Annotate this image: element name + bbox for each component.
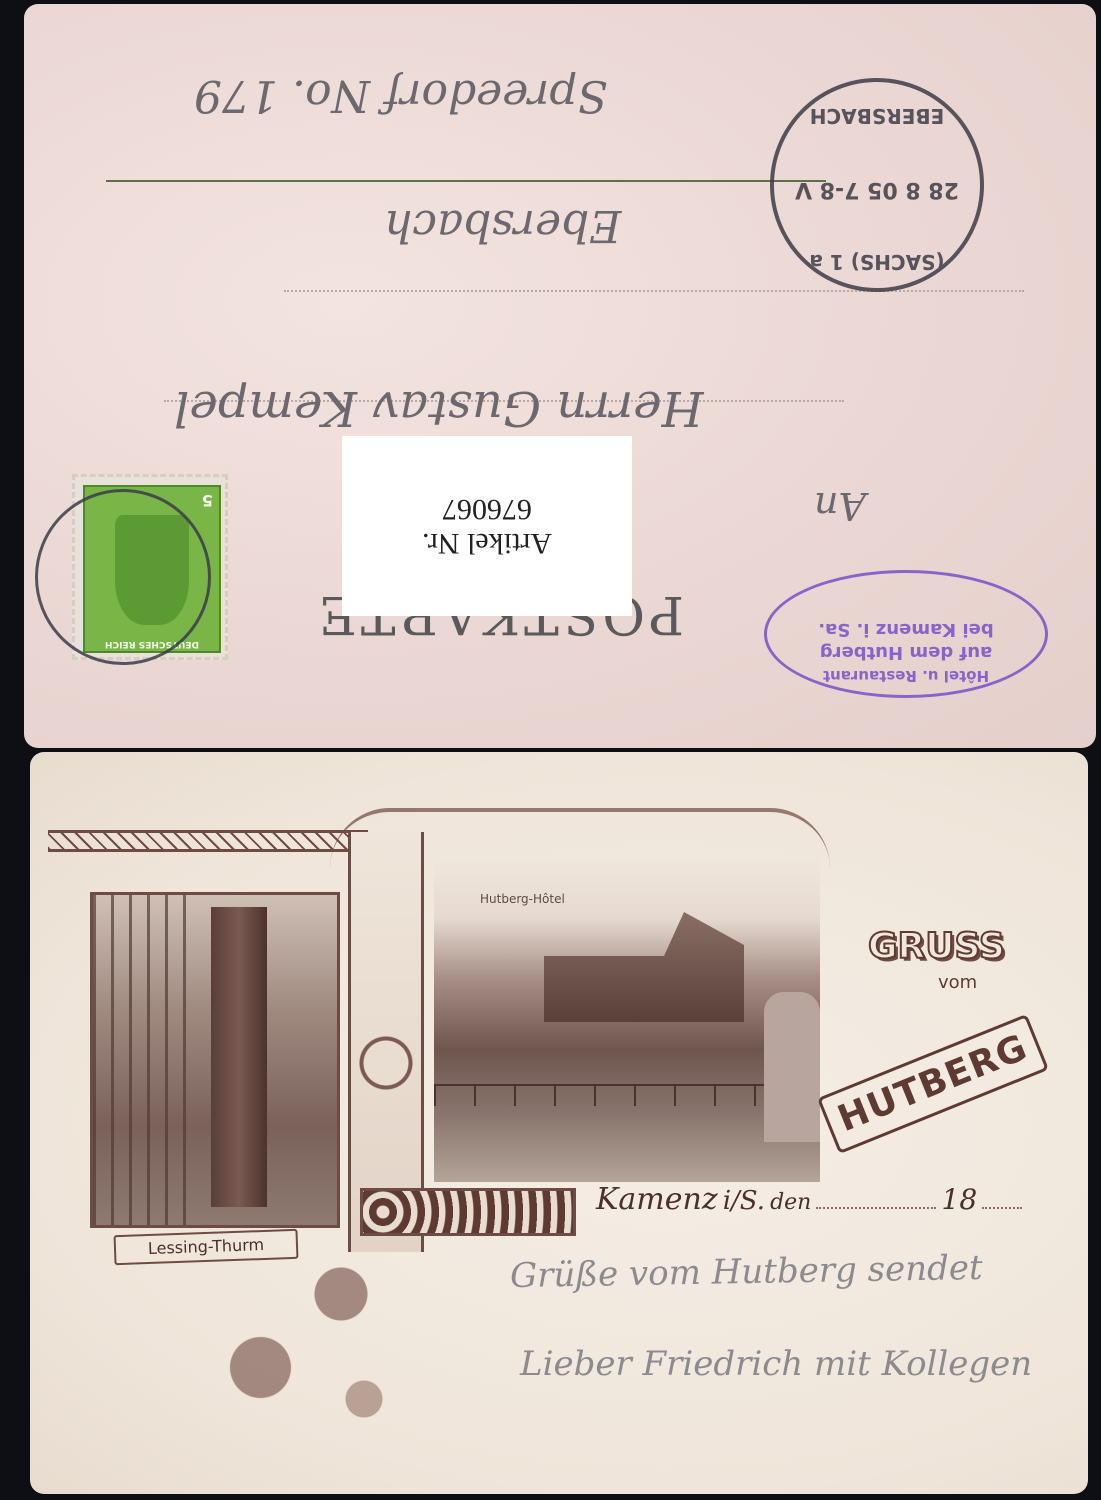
photo-hutberg-hotel: Hutberg-Hôtel [434, 852, 820, 1182]
address-dotted-line [284, 290, 1024, 292]
title-banner: HUTBERG [817, 1014, 1049, 1154]
postmark-ebersbach: (SACHS) 1 a 28 8 05 7-8 V EBERSBACH [770, 78, 984, 292]
hotel-cachet: Hôtel u. Restaurant auf dem Hutberg bei … [764, 570, 1048, 698]
article-number: 676067 [342, 492, 632, 526]
postmark-ring-top: (SACHS) 1 a [774, 250, 980, 274]
handwritten-address-line2: Ebersbach [384, 200, 621, 251]
postmark-kamenz [35, 489, 211, 665]
divider-line [106, 180, 826, 182]
cachet-line1: Hôtel u. Restaurant [767, 667, 1045, 685]
dateline: Kamenz i/S. den 18 [596, 1182, 1066, 1217]
photo-lessing-tower [90, 892, 340, 1228]
chrysanthemum-flowers [180, 1252, 410, 1462]
caption-hutberg-hotel: Hutberg-Hôtel [480, 892, 565, 906]
title-hutberg: HUTBERG [832, 1027, 1033, 1140]
postcard-front: Lessing-Thurm Hutberg-Hôtel GRUSS vom HU… [30, 752, 1088, 1494]
cachet-line2: auf dem Hutberg [767, 642, 1045, 663]
postmark-date: 28 8 05 7-8 V [774, 177, 980, 202]
dateline-suffix: i/S. [723, 1186, 765, 1216]
monument-stone [764, 992, 820, 1142]
title-gruss: GRUSS [868, 926, 1005, 967]
dateline-dots [816, 1207, 936, 1209]
article-label-title: Artikel Nr. [342, 526, 632, 560]
ornamental-border [48, 830, 368, 852]
postmark-ring-bottom: EBERSBACH [774, 104, 980, 128]
postcard-back: Spreedorf No. 179 Ebersbach Herrn Gustav… [24, 4, 1096, 748]
handwritten-address-line3: Spreedorf No. 179 [194, 70, 608, 121]
handwritten-greeting-line1: Grüße vom Hutberg sendet [510, 1248, 983, 1296]
postage-stamp: DEUTSCHES REICH 5 [72, 474, 228, 660]
floral-strip [360, 1188, 576, 1236]
dateline-den: den [770, 1190, 811, 1215]
cachet-line3: bei Kamenz i. Sa. [767, 619, 1045, 640]
dateline-year: 18 [942, 1183, 978, 1216]
dateline-dots-2 [982, 1207, 1022, 1209]
handwritten-address-line1: Herrn Gustav Kempel [174, 380, 703, 436]
handwritten-greeting-line2: Lieber Friedrich mit Kollegen [520, 1344, 1032, 1384]
trees [93, 895, 193, 1225]
handwritten-an: An [814, 484, 866, 528]
tower [211, 907, 267, 1207]
dateline-place: Kamenz [596, 1182, 718, 1217]
article-label: Artikel Nr. 676067 [342, 436, 632, 616]
hotel-building [544, 912, 744, 1022]
fence [434, 1084, 764, 1106]
stamp-value: 5 [202, 491, 213, 510]
title-vom: vom [938, 972, 977, 993]
